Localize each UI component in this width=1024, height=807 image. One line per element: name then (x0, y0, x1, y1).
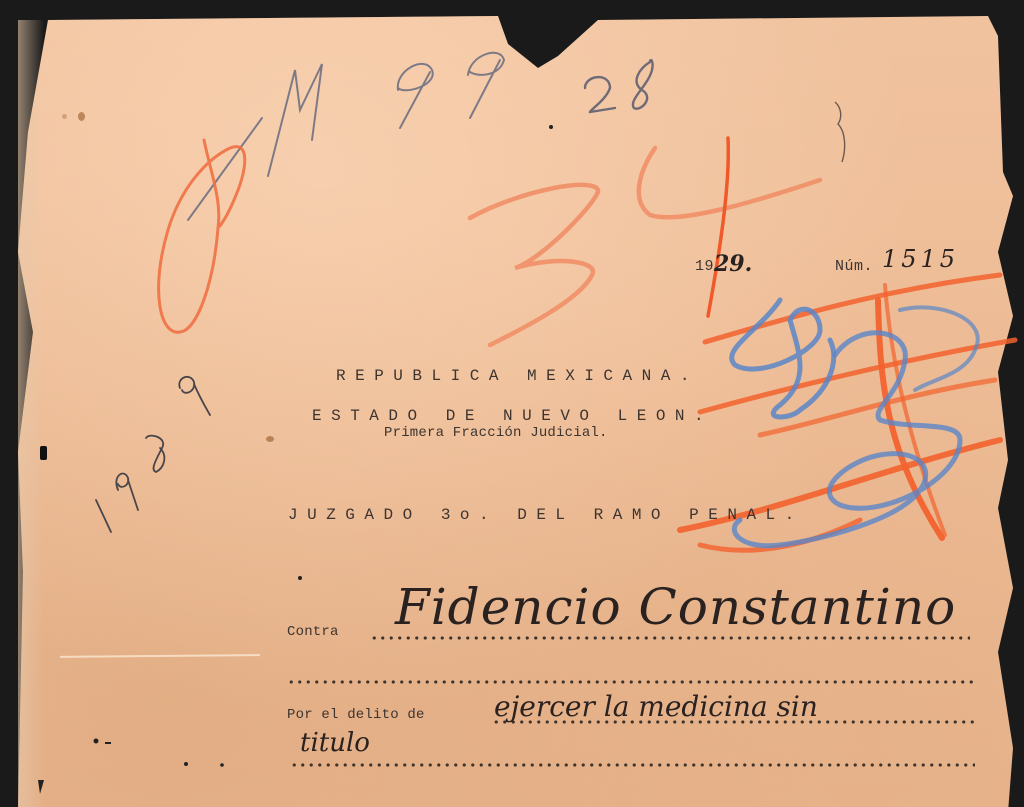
stain-mark (266, 436, 274, 442)
stain-mark (78, 112, 85, 121)
delito-second-dotted-line (290, 763, 975, 767)
title-republica: REPUBLICA MEXICANA. (336, 367, 699, 385)
contra-value: Fidencio Constantino (395, 578, 956, 636)
delito-label: Por el delito de (287, 707, 425, 723)
contra-dotted-line (370, 636, 970, 640)
contra-label: Contra (287, 624, 339, 640)
hole-mark (40, 446, 47, 460)
num-value: 1515 (882, 245, 959, 273)
delito-value-line2: titulo (300, 728, 370, 758)
stain-mark (62, 114, 67, 119)
delito-value-line1: ejercer la medicina sin (494, 690, 818, 723)
title-fraccion: Primera Fracción Judicial. (384, 425, 608, 441)
year-printed-prefix: 19 (695, 258, 714, 275)
paper-left-edge (18, 20, 44, 807)
year-handwritten-suffix: 29. (714, 251, 752, 277)
scanned-document: 19 29. Núm. 1515 REPUBLICA MEXICANA. EST… (0, 0, 1024, 807)
title-juzgado: JUZGADO 3o. DEL RAMO PENAL. (288, 506, 804, 524)
title-estado: ESTADO DE NUEVO LEON. (312, 407, 713, 425)
num-label: Núm. (835, 258, 873, 275)
contra-second-dotted-line (287, 680, 977, 684)
